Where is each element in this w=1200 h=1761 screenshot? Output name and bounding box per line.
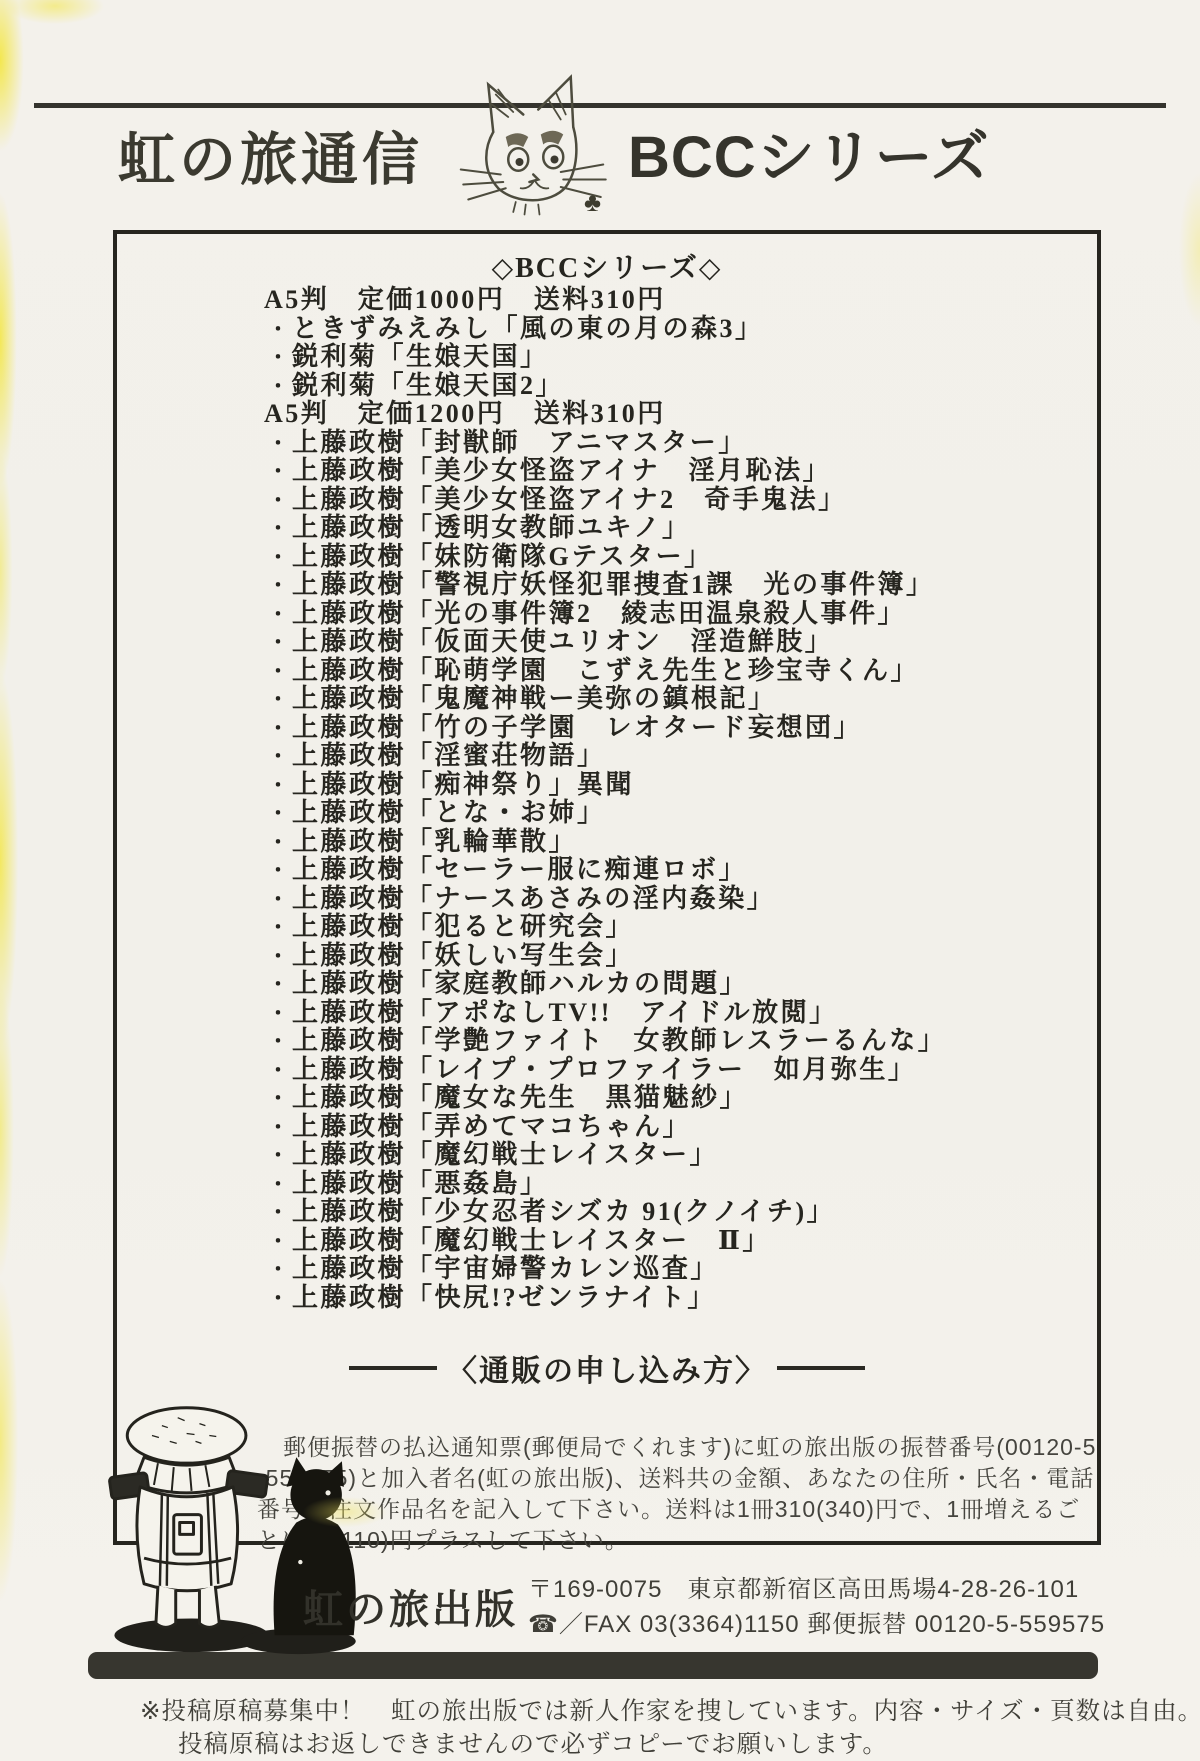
bullet-dot: ・ xyxy=(268,886,292,915)
book-list-item: ・上藤政樹「透明女教師ユキノ」 xyxy=(264,514,1089,543)
bullet-dot: ・ xyxy=(268,743,292,772)
book-list-item: ・上藤政樹「美少女怪盗アイナ 淫月恥法」 xyxy=(264,457,1089,486)
book-list-item: ・上藤政樹「とな・お姉」 xyxy=(264,799,1089,828)
price-section-header: A5判 定価1200円 送料310円 xyxy=(264,400,1089,429)
publisher-contact: ☎／FAX 03(3364)1150 郵便振替 00120-5-559575 xyxy=(528,1607,1105,1642)
book-title-text: 上藤政樹「犯ると研究会」 xyxy=(292,912,634,941)
book-list-item: ・上藤政樹「セーラー服に痴連ロボ」 xyxy=(264,856,1089,885)
bullet-dot: ・ xyxy=(268,715,292,744)
book-title-text: 上藤政樹「透明女教師ユキノ」 xyxy=(292,513,690,542)
book-list-item: ・上藤政樹「痴神祭り」異聞 xyxy=(264,771,1089,800)
book-title-text: 上藤政樹「警視庁妖怪犯罪捜査1課 光の事件簿」 xyxy=(292,570,935,599)
bullet-dot: ・ xyxy=(268,544,292,573)
book-title-text: 上藤政樹「セーラー服に痴連ロボ」 xyxy=(292,855,747,884)
submission-notice-line2: 投稿原稿はお返しできませんので必ずコピーでお願いします。 xyxy=(178,1725,888,1760)
book-list-item: ・上藤政樹「悪姦島」 xyxy=(264,1170,1089,1199)
book-list-item: ・ときずみえみし「風の東の月の森3」 xyxy=(264,315,1089,344)
book-title-text: 上藤政樹「魔幻戦士レイスター」 xyxy=(292,1140,718,1169)
book-list-item: ・上藤政樹「鬼魔神戦ー美弥の鎮根記」 xyxy=(264,685,1089,714)
mail-order-heading-text: 〈通販の申し込み方〉 xyxy=(447,1346,767,1390)
bullet-dot: ・ xyxy=(268,458,292,487)
book-title-text: 上藤政樹「弄めてマコちゃん」 xyxy=(292,1112,691,1141)
section-header-text: A5判 定価1000円 送料310円 xyxy=(264,285,666,314)
newsletter-title: 虹の旅通信 xyxy=(118,114,423,196)
section-header-text: A5判 定価1200円 送料310円 xyxy=(264,399,666,428)
book-list-item: ・上藤政樹「恥萌学園 こずえ先生と珍宝寺くん」 xyxy=(264,657,1089,686)
book-title-text: 上藤政樹「学艶ファイト 女教師レスラーるんな」 xyxy=(292,1026,946,1055)
bullet-dot: ・ xyxy=(268,344,292,373)
bullet-dot: ・ xyxy=(268,772,292,801)
book-title-text: 上藤政樹「光の事件簿2 綾志田温泉殺人事件」 xyxy=(292,599,906,628)
bullet-dot: ・ xyxy=(268,800,292,829)
book-list-item: ・上藤政樹「少女忍者シズカ 91(クノイチ)」 xyxy=(264,1198,1089,1227)
bullet-dot: ・ xyxy=(268,1199,292,1228)
book-title-text: ときずみえみし「風の東の月の森3」 xyxy=(292,314,764,343)
bullet-dot: ・ xyxy=(268,1057,292,1086)
price-section-header: A5判 定価1000円 送料310円 xyxy=(264,286,1089,315)
book-title-text: 上藤政樹「家庭教師ハルカの問題」 xyxy=(292,969,748,998)
book-list-item: ・鋭利菊「生娘天国2」 xyxy=(264,372,1089,401)
book-title-text: 上藤政樹「痴神祭り」異聞 xyxy=(292,770,634,799)
book-list-item: ・上藤政樹「快尻!?ゼンラナイト」 xyxy=(264,1284,1089,1313)
bullet-dot: ・ xyxy=(268,373,292,402)
bullet-dot: ・ xyxy=(268,1114,292,1143)
book-list-item: ・上藤政樹「美少女怪盗アイナ2 奇手鬼法」 xyxy=(264,486,1089,515)
book-list-item: ・上藤政樹「妖しい写生会」 xyxy=(264,942,1089,971)
book-list-item: ・上藤政樹「警視庁妖怪犯罪捜査1課 光の事件簿」 xyxy=(264,571,1089,600)
bullet-dot: ・ xyxy=(268,1171,292,1200)
book-title-text: 上藤政樹「淫蜜荘物語」 xyxy=(292,741,606,770)
book-list-item: ・上藤政樹「アポなしTV!! アイドル放閲」 xyxy=(264,999,1089,1028)
submission-notice-line1: ※投稿原稿募集中！ 虹の旅出版では新人作家を捜しています。内容・サイズ・頁数は自… xyxy=(140,1692,1200,1727)
publisher-name: 虹の旅出版 xyxy=(303,1578,518,1635)
bullet-dot: ・ xyxy=(268,658,292,687)
book-title-text: 上藤政樹「妖しい写生会」 xyxy=(292,941,634,970)
bullet-dot: ・ xyxy=(268,1028,292,1057)
bullet-dot: ・ xyxy=(268,601,292,630)
book-list-item: ・上藤政樹「妹防衛隊Gテスター」 xyxy=(264,543,1089,572)
book-title-text: 鋭利菊「生娘天国」 xyxy=(292,342,549,371)
book-list-item: ・鋭利菊「生娘天国」 xyxy=(264,343,1089,372)
book-list-item: ・上藤政樹「犯ると研究会」 xyxy=(264,913,1089,942)
catalog-heading: ◇BCCシリーズ◇ xyxy=(117,246,1097,286)
bullet-dot: ・ xyxy=(268,971,292,1000)
bullet-dot: ・ xyxy=(268,316,292,345)
book-title-text: 上藤政樹「快尻!?ゼンラナイト」 xyxy=(292,1283,716,1312)
book-list-item: ・上藤政樹「魔幻戦士レイスター」 xyxy=(264,1141,1089,1170)
publisher-address-block: 〒169-0075 東京都新宿区高田馬場4-28-26-101 ☎／FAX 03… xyxy=(528,1572,1105,1642)
book-title-text: 上藤政樹「恥萌学園 こずえ先生と珍宝寺くん」 xyxy=(292,656,919,685)
book-title-text: 上藤政樹「封獣師 アニマスター」 xyxy=(292,428,747,457)
book-list-item: ・上藤政樹「魔幻戦士レイスター Ⅱ」 xyxy=(264,1227,1089,1256)
clover-icon: ♣ xyxy=(584,188,601,218)
bullet-dot: ・ xyxy=(268,686,292,715)
bullet-dot: ・ xyxy=(268,430,292,459)
book-title-text: 上藤政樹「妹防衛隊Gテスター」 xyxy=(292,542,713,571)
book-list-item: ・上藤政樹「魔女な先生 黒猫魅紗」 xyxy=(264,1084,1089,1113)
book-title-text: 上藤政樹「乳輪華散」 xyxy=(292,827,577,856)
bullet-dot: ・ xyxy=(268,1228,292,1257)
heading-rule xyxy=(349,1366,437,1370)
book-list-item: ・上藤政樹「光の事件簿2 綾志田温泉殺人事件」 xyxy=(264,600,1089,629)
book-title-text: 上藤政樹「ナースあさみの淫内姦染」 xyxy=(292,884,775,913)
book-title-text: 上藤政樹「少女忍者シズカ 91(クノイチ)」 xyxy=(292,1197,835,1226)
bullet-dot: ・ xyxy=(268,1142,292,1171)
book-list-item: ・上藤政樹「仮面天使ユリオン 淫造鮮肢」 xyxy=(264,628,1089,657)
bullet-dot: ・ xyxy=(268,829,292,858)
book-title-text: 上藤政樹「仮面天使ユリオン 淫造鮮肢」 xyxy=(292,627,833,656)
book-list-item: ・上藤政樹「弄めてマコちゃん」 xyxy=(264,1113,1089,1142)
bullet-dot: ・ xyxy=(268,487,292,516)
book-title-text: 上藤政樹「魔女な先生 黒猫魅紗」 xyxy=(292,1083,748,1112)
book-list-item: ・上藤政樹「学艶ファイト 女教師レスラーるんな」 xyxy=(264,1027,1089,1056)
book-list: A5判 定価1000円 送料310円 ・ときずみえみし「風の東の月の森3」 ・鋭… xyxy=(264,286,1089,1312)
bullet-dot: ・ xyxy=(268,515,292,544)
bullet-dot: ・ xyxy=(268,914,292,943)
bullet-dot: ・ xyxy=(268,629,292,658)
scanned-catalog-page: 虹の旅通信 BCCシリーズ ♣ ◇BCCシリーズ◇ A5判 定価1000円 送料… xyxy=(0,0,1200,1761)
book-list-item: ・上藤政樹「淫蜜荘物語」 xyxy=(264,742,1089,771)
book-title-text: 上藤政樹「宇宙婦警カレン巡査」 xyxy=(292,1254,719,1283)
book-list-item: ・上藤政樹「家庭教師ハルカの問題」 xyxy=(264,970,1089,999)
catalog-box: ◇BCCシリーズ◇ A5判 定価1000円 送料310円 ・ときずみえみし「風の… xyxy=(113,230,1101,1545)
bullet-dot: ・ xyxy=(268,1285,292,1314)
publisher-postal-address: 〒169-0075 東京都新宿区高田馬場4-28-26-101 xyxy=(528,1572,1105,1607)
book-title-text: 上藤政樹「竹の子学園 レオタード妄想団」 xyxy=(292,713,862,742)
bullet-dot: ・ xyxy=(268,572,292,601)
bullet-dot: ・ xyxy=(268,1085,292,1114)
book-title-text: 上藤政樹「魔幻戦士レイスター Ⅱ」 xyxy=(292,1226,771,1255)
book-list-item: ・上藤政樹「レイプ・プロファイラー 如月弥生」 xyxy=(264,1056,1089,1085)
book-list-item: ・上藤政樹「封獣師 アニマスター」 xyxy=(264,429,1089,458)
book-title-text: 上藤政樹「鬼魔神戦ー美弥の鎮根記」 xyxy=(292,684,777,713)
mail-order-heading: 〈通販の申し込み方〉 xyxy=(117,1346,1097,1390)
book-title-text: 鋭利菊「生娘天国2」 xyxy=(292,371,564,400)
book-title-text: 上藤政樹「悪姦島」 xyxy=(292,1169,549,1198)
book-title-text: 上藤政樹「とな・お姉」 xyxy=(292,798,606,827)
book-list-item: ・上藤政樹「宇宙婦警カレン巡査」 xyxy=(264,1255,1089,1284)
book-list-item: ・上藤政樹「乳輪華散」 xyxy=(264,828,1089,857)
bullet-dot: ・ xyxy=(268,943,292,972)
book-title-text: 上藤政樹「レイプ・プロファイラー 如月弥生」 xyxy=(292,1055,916,1084)
book-list-item: ・上藤政樹「ナースあさみの淫内姦染」 xyxy=(264,885,1089,914)
bullet-dot: ・ xyxy=(268,1256,292,1285)
bullet-dot: ・ xyxy=(268,1000,292,1029)
bullet-dot: ・ xyxy=(268,857,292,886)
heading-rule xyxy=(777,1366,865,1370)
book-title-text: 上藤政樹「美少女怪盗アイナ 淫月恥法」 xyxy=(292,456,831,485)
book-title-text: 上藤政樹「アポなしTV!! アイドル放閲」 xyxy=(292,998,838,1027)
book-list-item: ・上藤政樹「竹の子学園 レオタード妄想団」 xyxy=(264,714,1089,743)
series-title: BCCシリーズ xyxy=(628,110,990,194)
book-title-text: 上藤政樹「美少女怪盗アイナ2 奇手鬼法」 xyxy=(292,485,847,514)
